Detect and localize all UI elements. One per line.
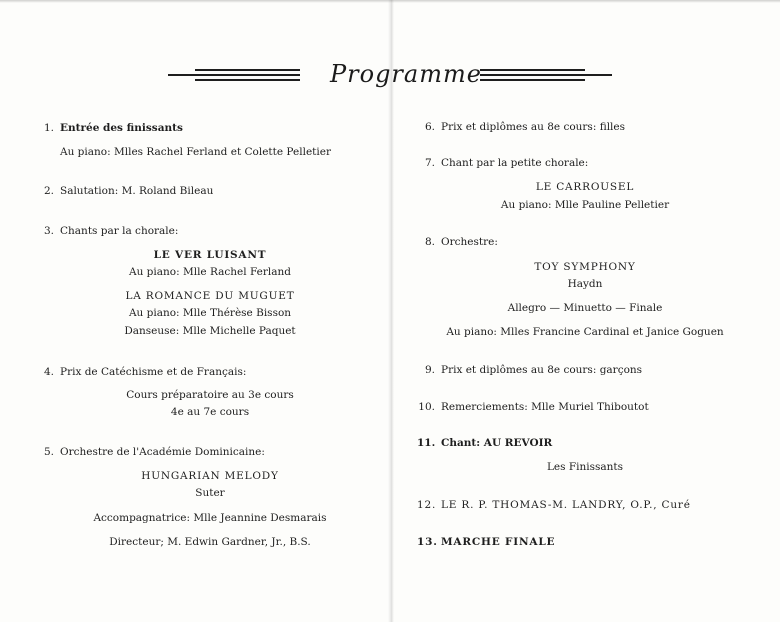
right-page: 6.Prix et diplômes au 8e cours: filles 7… xyxy=(0,0,780,622)
program-item-7: 7.Chant par la petite chorale: xyxy=(417,158,588,169)
item-label: Chant: AU REVOIR xyxy=(441,437,552,449)
item-number: 7. xyxy=(417,158,435,169)
performers: Les Finissants xyxy=(470,462,700,473)
item-number: 11. xyxy=(417,438,435,449)
song-pianist: Au piano: Mlle Pauline Pelletier xyxy=(470,200,700,211)
program-item-9: 9.Prix et diplômes au 8e cours: garçons xyxy=(417,365,642,376)
program-item-10: 10.Remerciements: Mlle Muriel Thiboutot xyxy=(417,402,649,413)
item-number: 12. xyxy=(417,500,435,511)
programme-spread: Programme 1.Entrée des finissants Au pia… xyxy=(0,0,780,622)
song-title: LE CARROUSEL xyxy=(470,182,700,193)
item-label: Remerciements: Mlle Muriel Thiboutot xyxy=(441,401,649,413)
pianists: Au piano: Mlles Francine Cardinal et Jan… xyxy=(430,327,740,338)
item-number: 13. xyxy=(417,537,435,548)
item-label: MARCHE FINALE xyxy=(441,536,555,548)
item-number: 6. xyxy=(417,122,435,133)
program-item-13: 13.MARCHE FINALE xyxy=(417,537,555,548)
composer: Haydn xyxy=(470,279,700,290)
program-item-8: 8.Orchestre: xyxy=(417,237,498,248)
item-label: Chant par la petite chorale: xyxy=(441,157,588,169)
piece-title: TOY SYMPHONY xyxy=(470,262,700,273)
item-number: 10. xyxy=(417,402,435,413)
item-label: Prix et diplômes au 8e cours: filles xyxy=(441,121,625,133)
program-item-6: 6.Prix et diplômes au 8e cours: filles xyxy=(417,122,625,133)
item-number: 8. xyxy=(417,237,435,248)
movements: Allegro — Minuetto — Finale xyxy=(470,303,700,314)
item-label: LE R. P. THOMAS-M. LANDRY, O.P., Curé xyxy=(441,499,691,511)
program-item-11: 11.Chant: AU REVOIR xyxy=(417,438,552,449)
program-item-12: 12.LE R. P. THOMAS-M. LANDRY, O.P., Curé xyxy=(417,500,691,511)
item-label: Orchestre: xyxy=(441,236,498,248)
item-number: 9. xyxy=(417,365,435,376)
item-label: Prix et diplômes au 8e cours: garçons xyxy=(441,364,642,376)
